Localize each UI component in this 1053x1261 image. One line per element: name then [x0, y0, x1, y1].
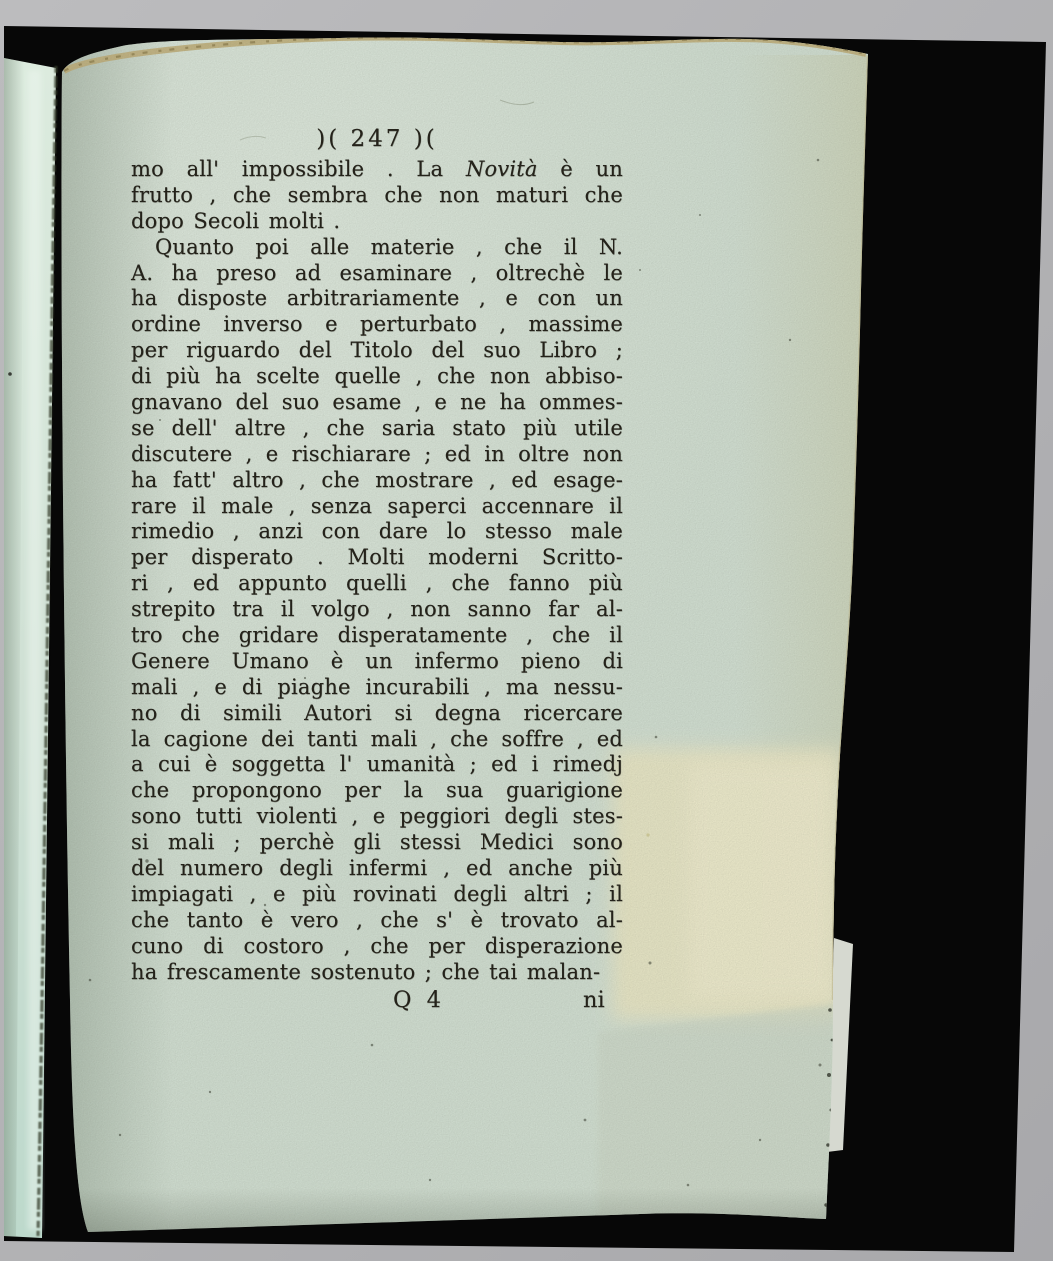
text-line: per disperato . Molti moderni Scritto-	[131, 545, 623, 571]
text-line: ordine inverso e perturbato , massime	[131, 312, 623, 338]
text-line: Quanto poi alle materie , che il N.	[131, 235, 623, 261]
text-line: mo all' impossibile . La Novità è un	[131, 157, 623, 183]
text-line: tro che gridare disperatamente , che il	[131, 623, 623, 649]
text-line: del numero degli infermi , ed anche più	[131, 856, 623, 882]
text-line: se dell' altre , che saria stato più uti…	[131, 416, 623, 442]
text-line: di più ha scelte quelle , che non abbiso…	[131, 364, 623, 390]
text-line: mali , e di piaghe incurabili , ma nessu…	[131, 675, 623, 701]
text-line: strepito tra il volgo , non sanno far al…	[131, 597, 623, 623]
text-line: ha disposte arbitrariamente , e con un	[131, 286, 623, 312]
text-line: gnavano del suo esame , e ne ha ommes-	[131, 390, 623, 416]
text-line: per riguardo del Titolo del suo Libro ;	[131, 338, 623, 364]
book-scan-photo: )( 247 )( mo all' impossibile . La Novit…	[0, 0, 1053, 1261]
signature-row: Q 4 ni	[131, 986, 623, 1016]
text-line: discutere , e rischiarare ; ed in oltre …	[131, 442, 623, 468]
text-line: no di simili Autori si degna ricercare	[131, 701, 623, 727]
text-line: si mali ; perchè gli stessi Medici sono	[131, 830, 623, 856]
text-line: A. ha preso ad esaminare , oltrechè le	[131, 261, 623, 287]
text-line: impiagati , e più rovinati degli altri ;…	[131, 882, 623, 908]
text-line: Genere Umano è un infermo pieno di	[131, 649, 623, 675]
signature-mark: Q 4	[393, 986, 445, 1014]
text-line: che tanto è vero , che s' è trovato al-	[131, 908, 623, 934]
text-line: rare il male , senza saperci accennare i…	[131, 494, 623, 520]
catchword: ni	[583, 986, 605, 1014]
text-line: rimedio , anzi con dare lo stesso male	[131, 519, 623, 545]
text-line: la cagione dei tanti mali , che soffre ,…	[131, 727, 623, 753]
text-line: che propongono per la sua guarigione	[131, 778, 623, 804]
page-number: )( 247 )(	[131, 124, 623, 154]
text-line: sono tutti violenti , e peggiori degli s…	[131, 804, 623, 830]
scanned-page-text: )( 247 )( mo all' impossibile . La Novit…	[131, 124, 623, 1016]
text-line: ha frescamente sostenuto ; che tai malan…	[131, 960, 623, 986]
text-line: ha fatt' altro , che mostrare , ed esage…	[131, 468, 623, 494]
text-line: ri , ed appunto quelli , che fanno più	[131, 571, 623, 597]
text-line: dopo Secoli molti .	[131, 209, 623, 235]
text-line: frutto , che sembra che non maturi che	[131, 183, 623, 209]
text-line: a cui è soggetta l' umanità ; ed i rimed…	[131, 752, 623, 778]
page-body-text: mo all' impossibile . La Novità è unfrut…	[131, 157, 623, 986]
text-line: cuno di costoro , che per disperazione	[131, 934, 623, 960]
